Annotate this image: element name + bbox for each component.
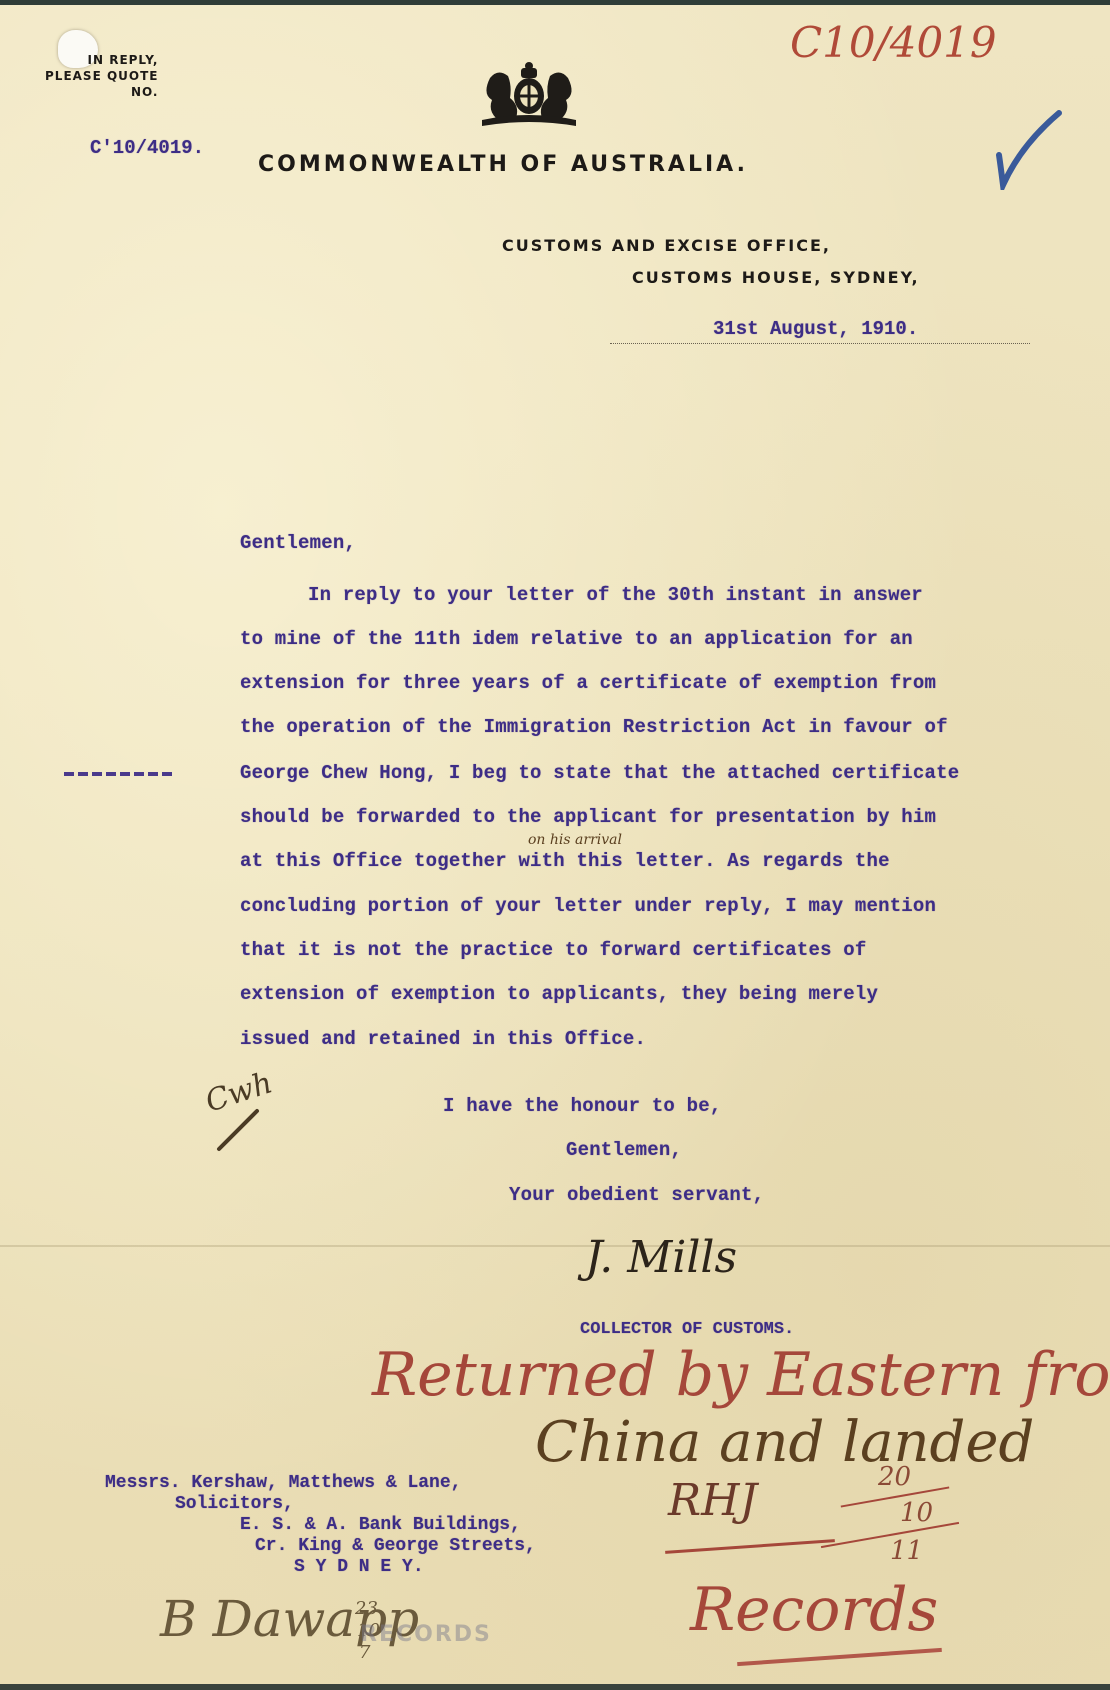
paper-fold [0,1245,1110,1247]
initials-underline [665,1539,835,1554]
signatory-title: COLLECTOR OF CUSTOMS. [580,1320,794,1339]
addressee-line-1: Messrs. Kershaw, Matthews & Lane, [105,1473,461,1493]
body-line: issued and retained in this Office. [240,1028,646,1050]
records-annotation: Records [690,1575,938,1645]
body-line: at this Office together with this letter… [240,850,890,872]
handwritten-note-line-1: Returned by Eastern from [372,1340,1110,1410]
office-line-1: CUSTOMS AND EXCISE OFFICE, [502,236,831,255]
check-mark-icon [985,105,1065,190]
body-line: concluding portion of your letter under … [240,895,936,917]
country-heading: COMMONWEALTH OF AUSTRALIA. [258,152,748,177]
body-line: to mine of the 11th idem relative to an … [240,628,913,650]
reply-instruction: IN REPLY, PLEASE QUOTE NO. [45,52,158,100]
handwritten-reference: C10/4019 [790,18,997,67]
closing-line-1: I have the honour to be, [443,1095,721,1117]
margin-dash-mark [64,772,174,776]
body-line: In reply to your letter of the 30th inst… [308,584,923,606]
letter-date: 31st August, 1910. [713,318,918,340]
closing-line-3: Your obedient servant, [509,1184,764,1206]
addressee-line-3: E. S. & A. Bank Buildings, [240,1515,521,1535]
date-month: 10 [900,1498,933,1528]
body-line: that it is not the practice to forward c… [240,939,867,961]
signature: J. Mills [585,1232,737,1283]
royal-coat-of-arms-icon [470,58,588,128]
scan-edge-top [0,0,1110,5]
body-line: George Chew Hong, I beg to state that th… [240,762,959,784]
records-underline [737,1648,942,1666]
bottom-date-day: 23 [355,1598,378,1619]
letter-page: IN REPLY, PLEASE QUOTE NO. C'10/4019. CO… [0,0,1110,1690]
handwritten-date: 20 10 11 [820,1462,970,1572]
office-line-2: CUSTOMS HOUSE, SYDNEY, [632,268,920,287]
interlinear-insert: on his arrival [528,832,622,848]
initials-stroke-icon [215,1105,265,1155]
body-line: should be forwarded to the applicant for… [240,806,936,828]
reply-instruction-line: NO. [45,84,158,100]
body-line: the operation of the Immigration Restric… [240,716,948,738]
date-year: 11 [890,1536,923,1566]
handwritten-initials: RHJ [668,1475,757,1526]
addressee-line-4: Cr. King & George Streets, [255,1536,536,1556]
date-day: 20 [878,1462,911,1492]
records-stamp: RECORDS [360,1622,492,1647]
scan-edge-bottom [0,1684,1110,1690]
closing-line-2: Gentlemen, [566,1139,682,1161]
body-line: extension for three years of a certifica… [240,672,936,694]
addressee-line-2: Solicitors, [175,1494,294,1514]
reply-instruction-line: PLEASE QUOTE [45,68,158,84]
body-line: extension of exemption to applicants, th… [240,983,878,1005]
addressee-line-5: S Y D N E Y. [294,1557,424,1577]
reply-instruction-line: IN REPLY, [45,52,158,68]
date-underline [610,343,1030,344]
salutation: Gentlemen, [240,532,356,554]
reference-number: C'10/4019. [90,137,204,159]
